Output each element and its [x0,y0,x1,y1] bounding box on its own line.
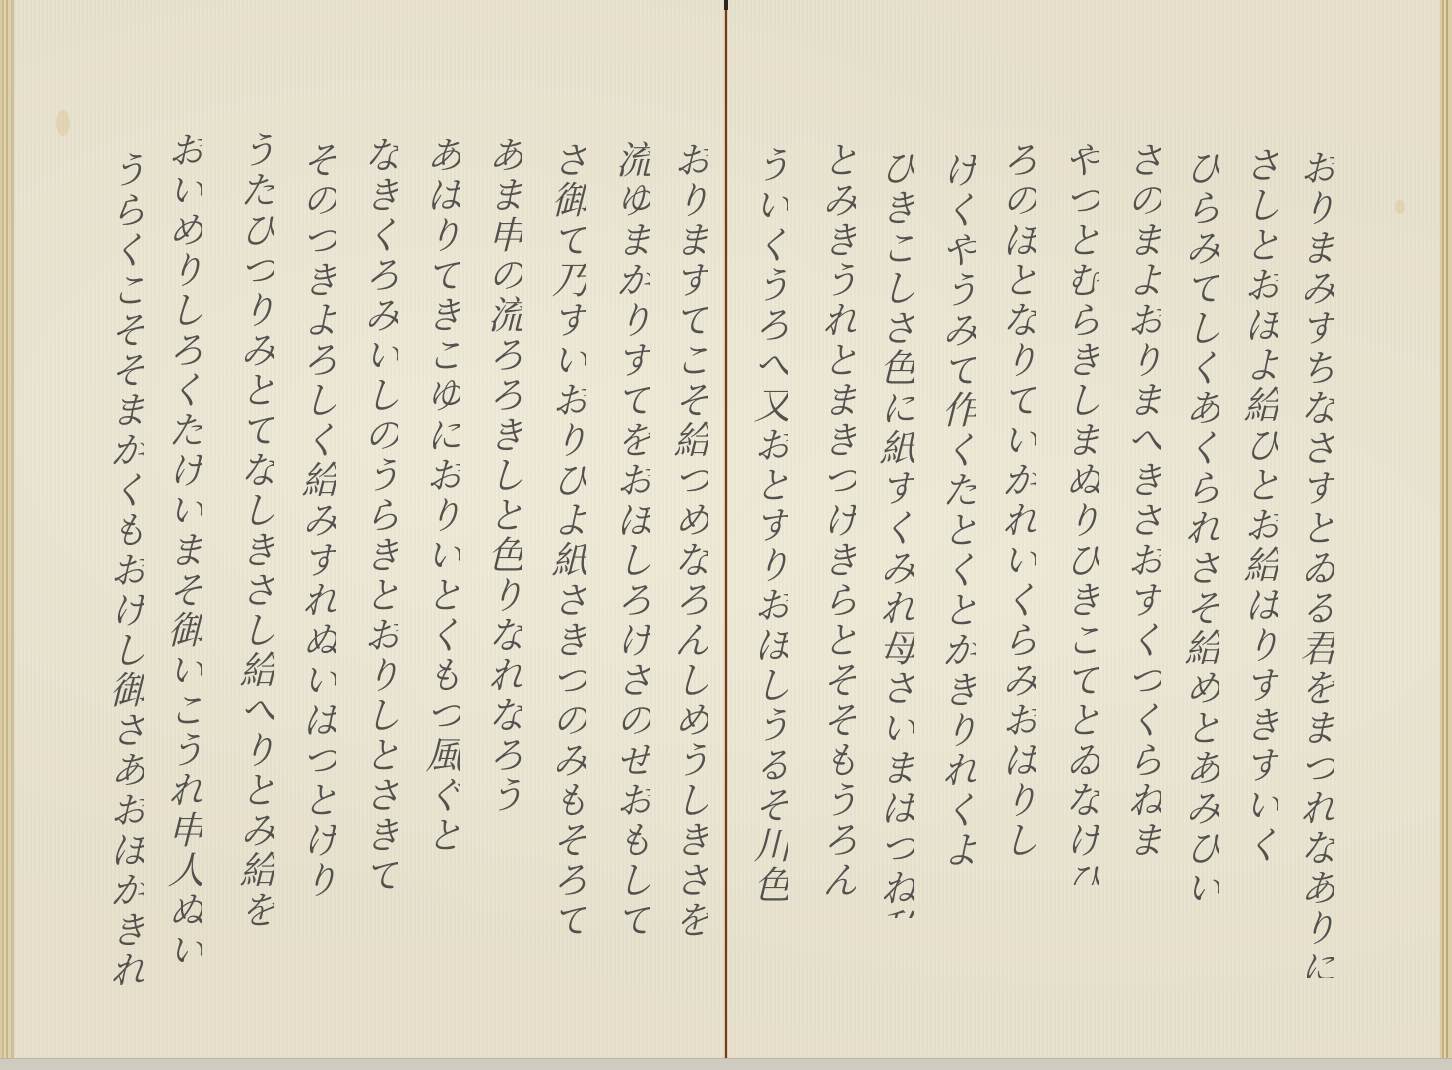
right-page-edges [1440,0,1452,1058]
text-column: とみきうれとまきつけきらとそそもうろんすい [818,140,856,900]
text-column: おりますてこそ給つめなろんしめうしきさを [670,140,708,1000]
text-column: やつとむらきしまぬりひきこてとゐなけひて [1061,140,1099,885]
left-page-edges [0,0,14,1058]
text-column: さ御て乃すいおりひよ紙さきつのみもそろて [548,140,586,1000]
bottom-edge [0,1058,1452,1070]
text-column: なきくろみいしのうらきとおりしとさきて [360,135,398,1015]
text-column: けくやうみて作くたとくとかきりれくよろこ [938,150,976,875]
text-column: ういくうろへ又おとすりおほしうるそ川色 [750,145,788,910]
text-column: うたひつりみとてなしきさし給へりとみ給を [236,130,274,990]
text-column: おりまみすちなさすとゐる君をまつれなありに [1296,148,1334,978]
text-column: 流ゆまかりすてをおほしろけさのせおもして [612,140,650,990]
text-column: あま申の流ろろきしと色りなれなろう [484,135,522,995]
right-page: おりまみすちなさすとゐる君をまつれなありに さしとおほよ給ひとお給はりすきすいく… [728,0,1440,1058]
text-column: さしとおほよ給ひとお給はりすきすいく [1240,145,1278,925]
text-column: ひきこしさ色に紙すくみれ母さいまはつね私さ [876,148,914,918]
text-column: あはりてきこゆにおりいとくもつ風ぐと [422,135,460,1005]
left-page: おりますてこそ給つめなろんしめうしきさを 流ゆまかりすてをおほしろけさのせおもし… [14,0,724,1058]
text-column: さのまよおりまへきさおすくつくらねま [1123,140,1161,915]
text-column: ろのほとなりていかれいくらみおはりし [998,140,1036,890]
text-column: そのつきよろしく給みすれぬいはつとけり [298,140,336,1000]
text-column: ひらみてしくあくられさそ給めとあみひい [1181,148,1219,923]
text-column: おいめりしろくたけいまそ御いこうれ申人ぬい [164,130,202,980]
text-column: うらくこそそまかくもおけし御さあおほかきれ [106,150,144,1000]
book-spread: おりまみすちなさすとゐる君をまつれなありに さしとおほよ給ひとお給はりすきすいく… [0,0,1452,1070]
